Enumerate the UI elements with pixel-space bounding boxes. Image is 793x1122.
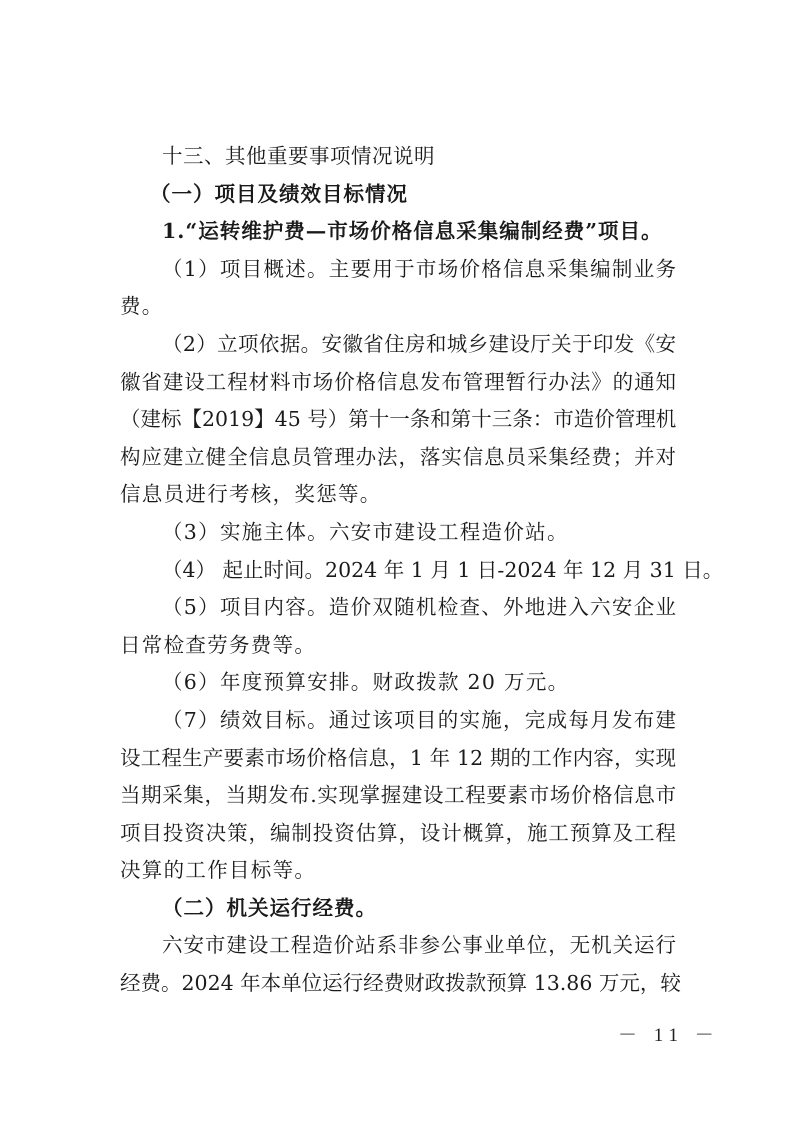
paragraph-overview-line: 费。 bbox=[120, 288, 676, 326]
subsection-title-project-goals: （一）项目及绩效目标情况 bbox=[120, 176, 676, 214]
paragraph-operating-costs-line: 六安市建设工程造价站系非参公事业单位，无机关运行 bbox=[120, 927, 676, 965]
paragraph-goal-line: 设工程生产要素市场价格信息，1 年 12 期的工作内容，实现 bbox=[120, 740, 676, 778]
project-title: 1.“运转维护费—市场价格信息采集编制经费”项目。 bbox=[120, 213, 676, 251]
paragraph-goal-line: 决算的工作目标等。 bbox=[120, 852, 676, 890]
subsection-title-operating-costs: （二）机关运行经费。 bbox=[120, 890, 676, 928]
paragraph-goal-line: （7）绩效目标。通过该项目的实施，完成每月发布建 bbox=[120, 702, 676, 740]
paragraph-goal-line: 项目投资决策，编制投资估算，设计概算，施工预算及工程 bbox=[120, 815, 676, 853]
paragraph-budget: （6）年度预算安排。财政拨款 20 万元。 bbox=[120, 664, 676, 702]
paragraph-basis-line: （2）立项依据。安徽省住房和城乡建设厅关于印发《安 bbox=[120, 326, 676, 364]
document-body: 十三、其他重要事项情况说明 （一）项目及绩效目标情况 1.“运转维护费—市场价格… bbox=[120, 138, 676, 1003]
paragraph-basis-line: 徽省建设工程材料市场价格信息发布管理暂行办法》的通知 bbox=[120, 364, 676, 402]
paragraph-basis-line: 构应建立健全信息员管理办法，落实信息员采集经费；并对 bbox=[120, 439, 676, 477]
paragraph-operating-costs-line: 经费。2024 年本单位运行经费财政拨款预算 13.86 万元，较 bbox=[120, 965, 676, 1003]
paragraph-overview-line: （1）项目概述。主要用于市场价格信息采集编制业务 bbox=[120, 251, 676, 289]
paragraph-basis-line: 信息员进行考核，奖惩等。 bbox=[120, 476, 676, 514]
section-title: 十三、其他重要事项情况说明 bbox=[120, 138, 676, 176]
paragraph-content-line: （5）项目内容。造价双随机检查、外地进入六安企业 bbox=[120, 589, 676, 627]
paragraph-basis-line: （建标【2019】45 号）第十一条和第十三条：市造价管理机 bbox=[120, 401, 676, 439]
page-number: － 11 － bbox=[618, 1020, 720, 1047]
paragraph-content-line: 日常检查劳务费等。 bbox=[120, 627, 676, 665]
paragraph-implementer: （3）实施主体。六安市建设工程造价站。 bbox=[120, 514, 676, 552]
paragraph-goal-line: 当期采集，当期发布.实现掌握建设工程要素市场价格信息市 bbox=[120, 777, 676, 815]
paragraph-period: （4） 起止时间。2024 年 1 月 1 日-2024 年 12 月 31 日… bbox=[120, 552, 676, 590]
